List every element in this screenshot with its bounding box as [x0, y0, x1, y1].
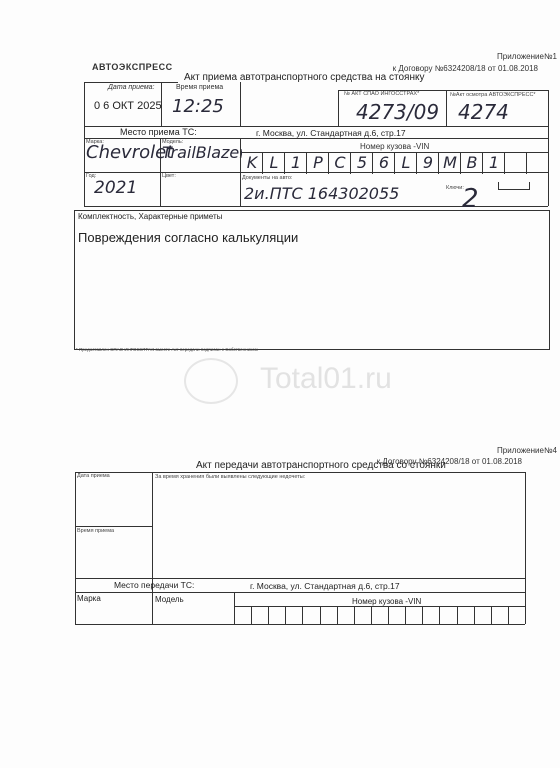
- vin-boxes: KL1PC56L9MB1: [240, 152, 548, 174]
- act2-time-label: Время приема: [77, 528, 114, 534]
- time-label: Время приема: [176, 84, 223, 91]
- autoexpress-value: 4274: [458, 100, 509, 124]
- act2-model-label: Модель: [155, 595, 184, 604]
- vin-char-box: B: [460, 152, 483, 174]
- watermark-car-icon: [184, 358, 238, 404]
- vin-char-box: L: [394, 152, 417, 174]
- make-value: Chevrolet: [86, 142, 173, 163]
- features-value: Повреждения согласно калькуляции: [78, 230, 298, 245]
- year-value: 2021: [94, 178, 137, 198]
- vin-char-box: [320, 607, 338, 624]
- model-value: TrailBlazer: [162, 143, 242, 162]
- docs-label: Документы на авто:: [242, 175, 292, 181]
- vin-char-box: [474, 607, 492, 624]
- vin-char-box: [234, 607, 252, 624]
- vin-char-box: [422, 607, 440, 624]
- features-label: Комплектность, Характерные приметы: [78, 212, 222, 221]
- vin-char-box: [388, 607, 406, 624]
- autoexpress-label: №Акт осмотра АВТОЭКСПРЕСС*: [450, 92, 536, 98]
- vin-char-box: [337, 607, 355, 624]
- vin-char-box: [504, 152, 527, 174]
- ingos-value: 4273/09: [356, 100, 439, 124]
- vin-char-box: 5: [350, 152, 373, 174]
- vin-char-box: M: [438, 152, 461, 174]
- vin-char-box: 6: [372, 152, 395, 174]
- vin-char-box: C: [328, 152, 351, 174]
- vin-char-box: [251, 607, 269, 624]
- appendix-4-label: Приложение№4: [380, 446, 557, 455]
- vin-char-box: [302, 607, 320, 624]
- act2-make-label: Марка: [77, 594, 101, 603]
- defects-label: За время хранения были выявлены следующи…: [155, 474, 305, 480]
- vin-label: Номер кузова -VIN: [360, 142, 429, 151]
- keys-extra-box: [498, 182, 530, 190]
- vin-char-box: 9: [416, 152, 439, 174]
- vin-char-box: [457, 607, 475, 624]
- vin-char-box: [371, 607, 389, 624]
- date-label: Дата приема:: [108, 84, 155, 91]
- color-label: Цвет:: [162, 173, 176, 179]
- vin-char-box: [508, 607, 526, 624]
- act2-place-value: г. Москва, ул. Стандартная д.6, стр.17: [250, 581, 400, 591]
- vin-char-box: [354, 607, 372, 624]
- vin-char-box: P: [306, 152, 329, 174]
- vin-char-box: [491, 607, 509, 624]
- time-value: 12:25: [172, 96, 224, 117]
- footnote: * Предоставлен СПАО ИНГОССТРАХ вместе Ак…: [76, 347, 258, 352]
- act2-date-label: Дата приема: [77, 473, 110, 479]
- vin-char-box: L: [262, 152, 285, 174]
- appendix-1-label: Приложение№1: [380, 52, 557, 61]
- autoexpress-logo: АВТОЭКСПРЕСС: [92, 62, 173, 72]
- date-stamp: 0 6 ОКТ 2025: [94, 100, 162, 112]
- vin-char-box: K: [240, 152, 263, 174]
- vin-char-box: [405, 607, 423, 624]
- vin-char-box: [526, 152, 549, 174]
- act2-vin-boxes: [234, 607, 525, 624]
- ingos-label: № АКТ СПАО ИНГОССТРАХ*: [344, 91, 419, 97]
- vin-char-box: 1: [284, 152, 307, 174]
- vin-char-box: [439, 607, 457, 624]
- act2-place-label: Место передачи ТС:: [114, 580, 194, 590]
- vin-char-box: 1: [482, 152, 505, 174]
- watermark: Total01.ru: [260, 362, 392, 396]
- docs-value: 2и.ПТС 164302055: [244, 184, 399, 203]
- vin-char-box: [268, 607, 286, 624]
- act2-vin-label: Номер кузова -VIN: [352, 597, 421, 606]
- place-label: Место приема ТС:: [120, 127, 197, 137]
- act2-title: Акт передачи автотранспортного средства …: [196, 460, 446, 471]
- act1-title: Акт приема автотранспортного средства на…: [184, 72, 424, 83]
- place-value: г. Москва, ул. Стандартная д.6, стр.17: [256, 128, 406, 138]
- vin-char-box: [285, 607, 303, 624]
